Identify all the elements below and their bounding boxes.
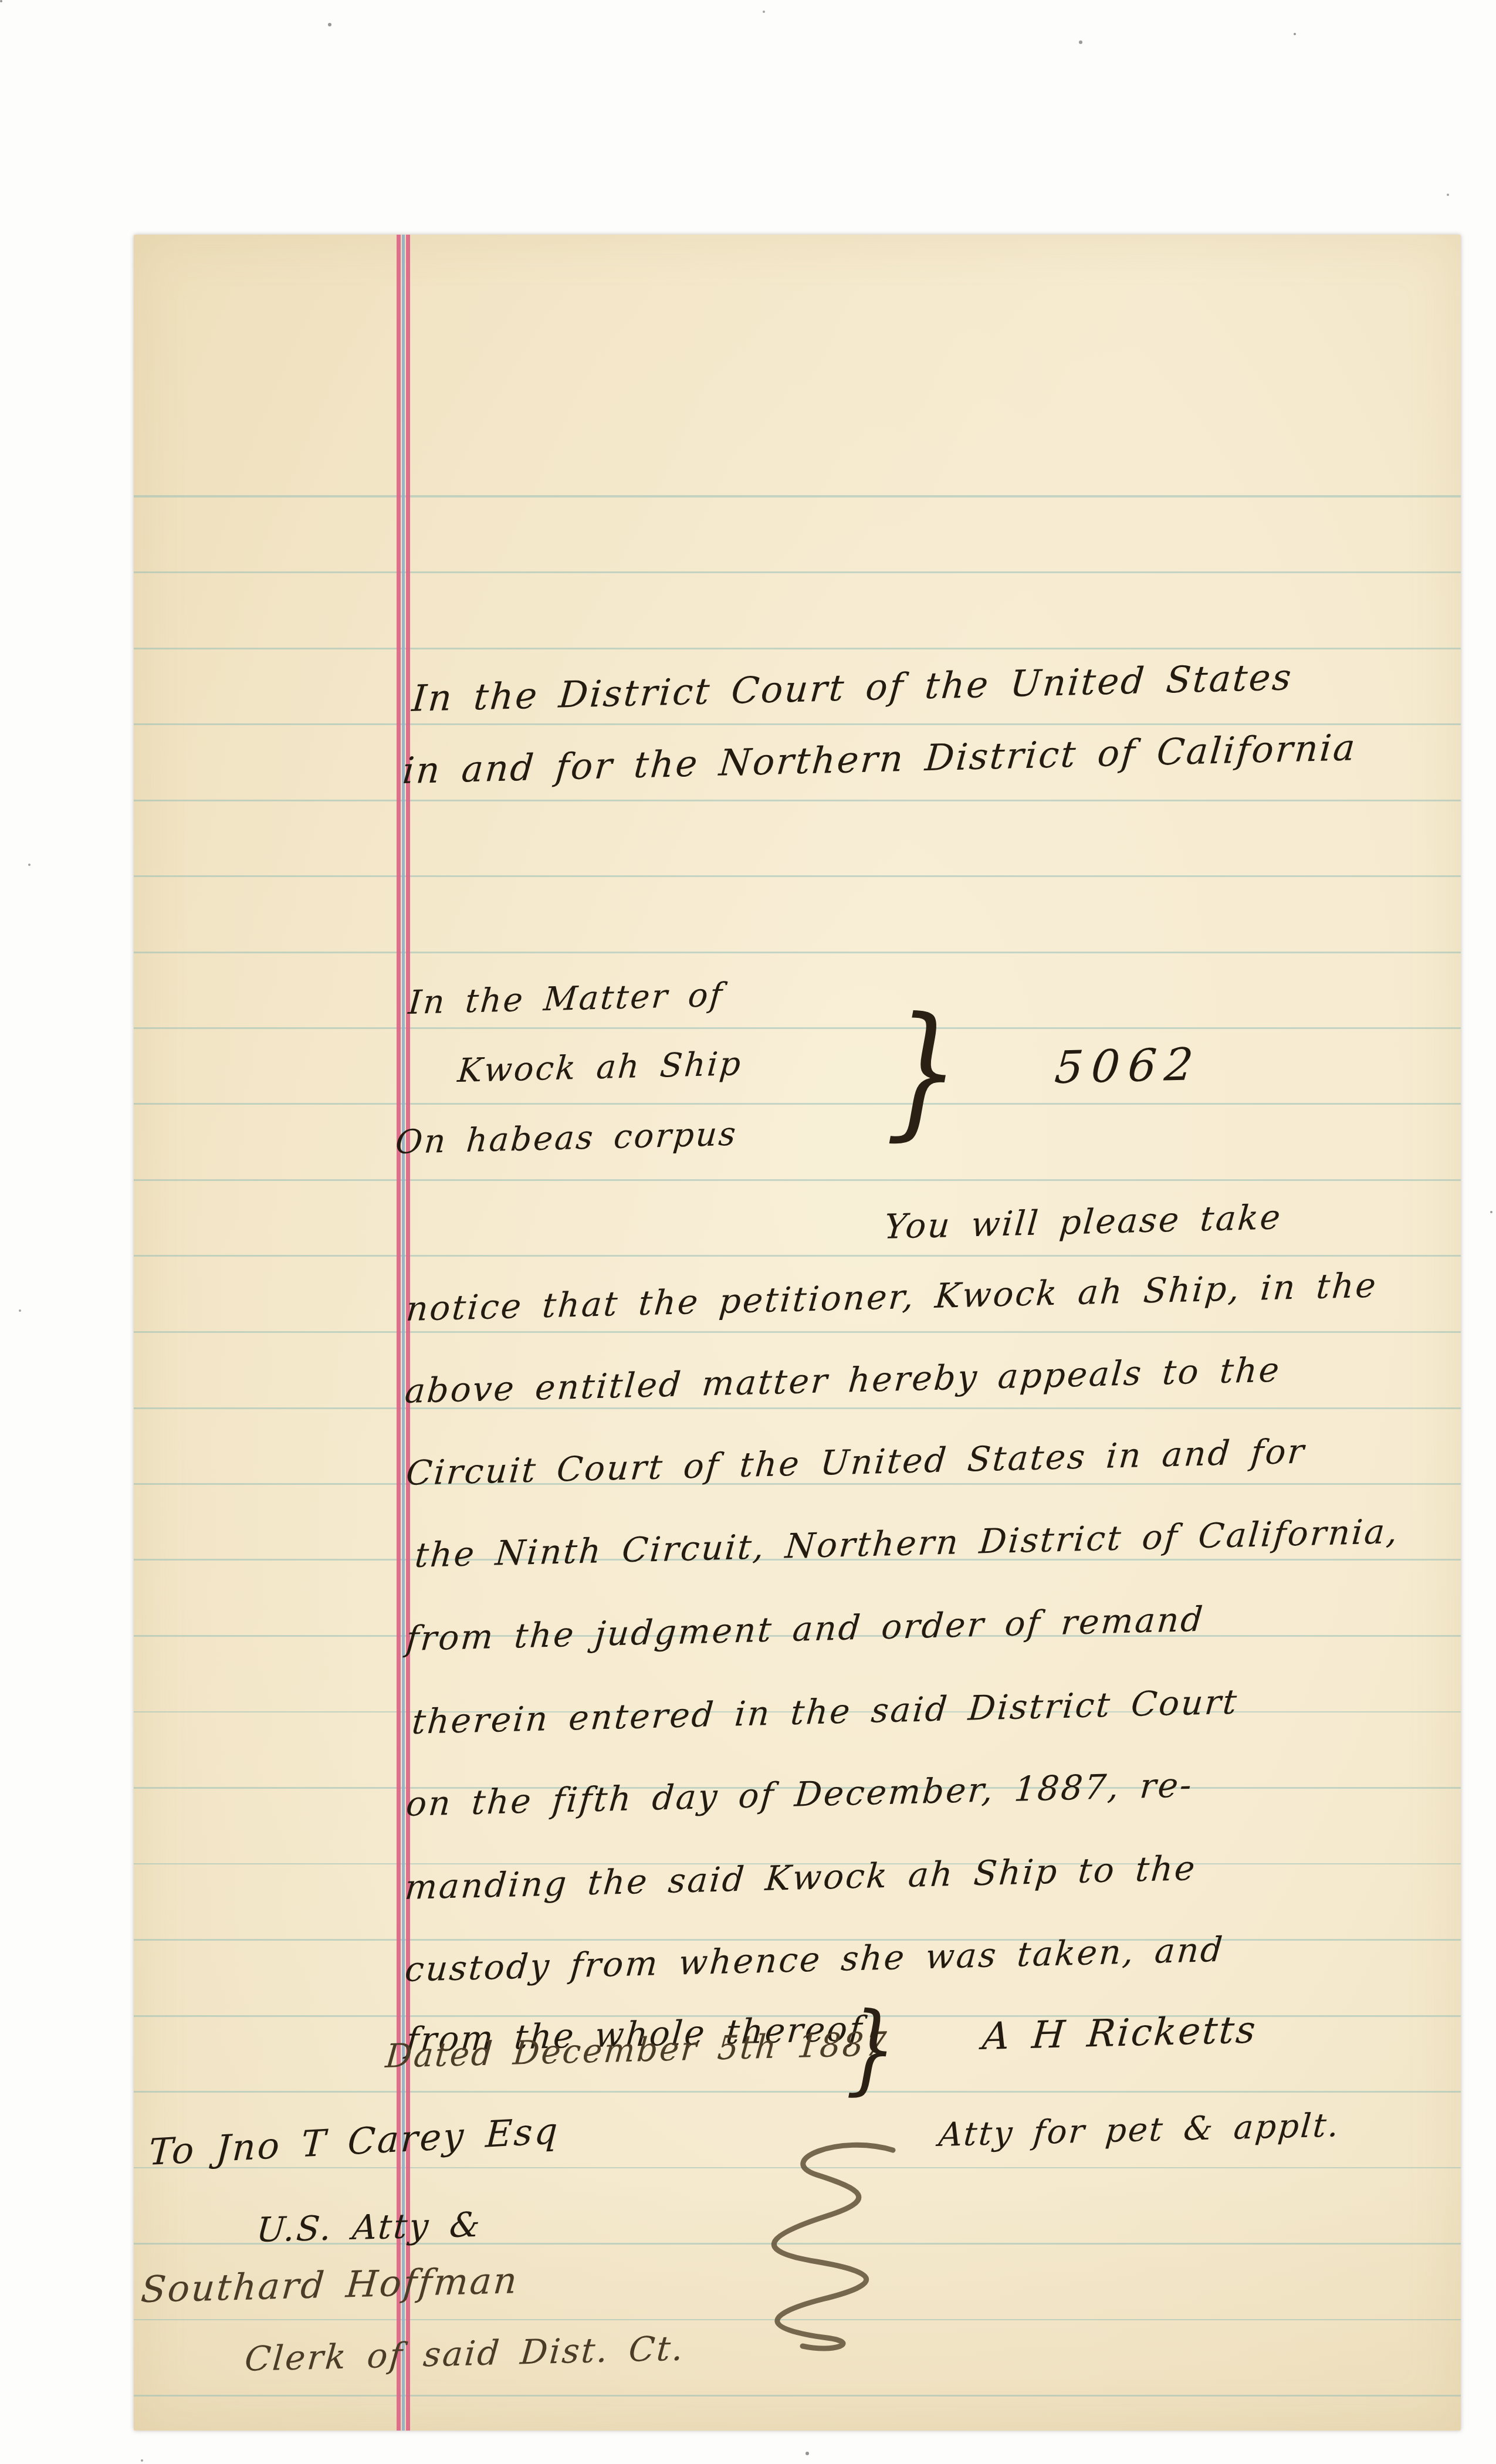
addressee-line-4: Clerk of said Dist. Ct. <box>243 2331 686 2376</box>
caption-matter-line: In the Matter of <box>407 979 725 1020</box>
handwriting-layer: In the District Court of the United Stat… <box>0 0 1496 2464</box>
addressee-line-2: U.S. Atty & <box>255 2207 483 2247</box>
caption-petitioner-name: Kwock ah Ship <box>456 1048 743 1088</box>
dated-brace: } <box>846 2002 898 2095</box>
body-line: You will please take <box>883 1200 1284 1244</box>
body-line: therein entered in the said District Cou… <box>411 1684 1240 1739</box>
body-line: manding the said Kwock ah Ship to the <box>404 1851 1198 1904</box>
body-line: on the fifth day of December, 1887, re- <box>405 1768 1194 1821</box>
case-number: 5062 <box>1053 1042 1203 1090</box>
body-line: Circuit Court of the United States in an… <box>405 1434 1307 1490</box>
body-line: above entitled matter hereby appeals to … <box>404 1352 1282 1408</box>
body-line: the Ninth Circuit, Northern District of … <box>414 1514 1400 1572</box>
court-heading-line-1: In the District Court of the United Stat… <box>411 659 1294 717</box>
caption-brace: } <box>885 1003 961 1140</box>
pen-flourish-scribble <box>745 2144 898 2355</box>
court-heading-line-2: in and for the Northern District of Cali… <box>401 729 1358 789</box>
signature-title: Atty for pet & applt. <box>937 2109 1341 2152</box>
body-line: from the judgment and order of remand <box>405 1602 1206 1656</box>
body-line: notice that the petitioner, Kwock ah Shi… <box>405 1268 1379 1326</box>
document-scan: In the District Court of the United Stat… <box>0 0 1496 2464</box>
signature-name: A H Ricketts <box>981 2011 1258 2056</box>
addressee-line-3: Southard Hoffman <box>140 2262 520 2308</box>
caption-habeas-line: On habeas corpus <box>394 1118 739 1159</box>
addressee-line-1: To Jno T Carey Esq <box>148 2113 560 2171</box>
body-line: custody from whence she was taken, and <box>404 1932 1226 1986</box>
